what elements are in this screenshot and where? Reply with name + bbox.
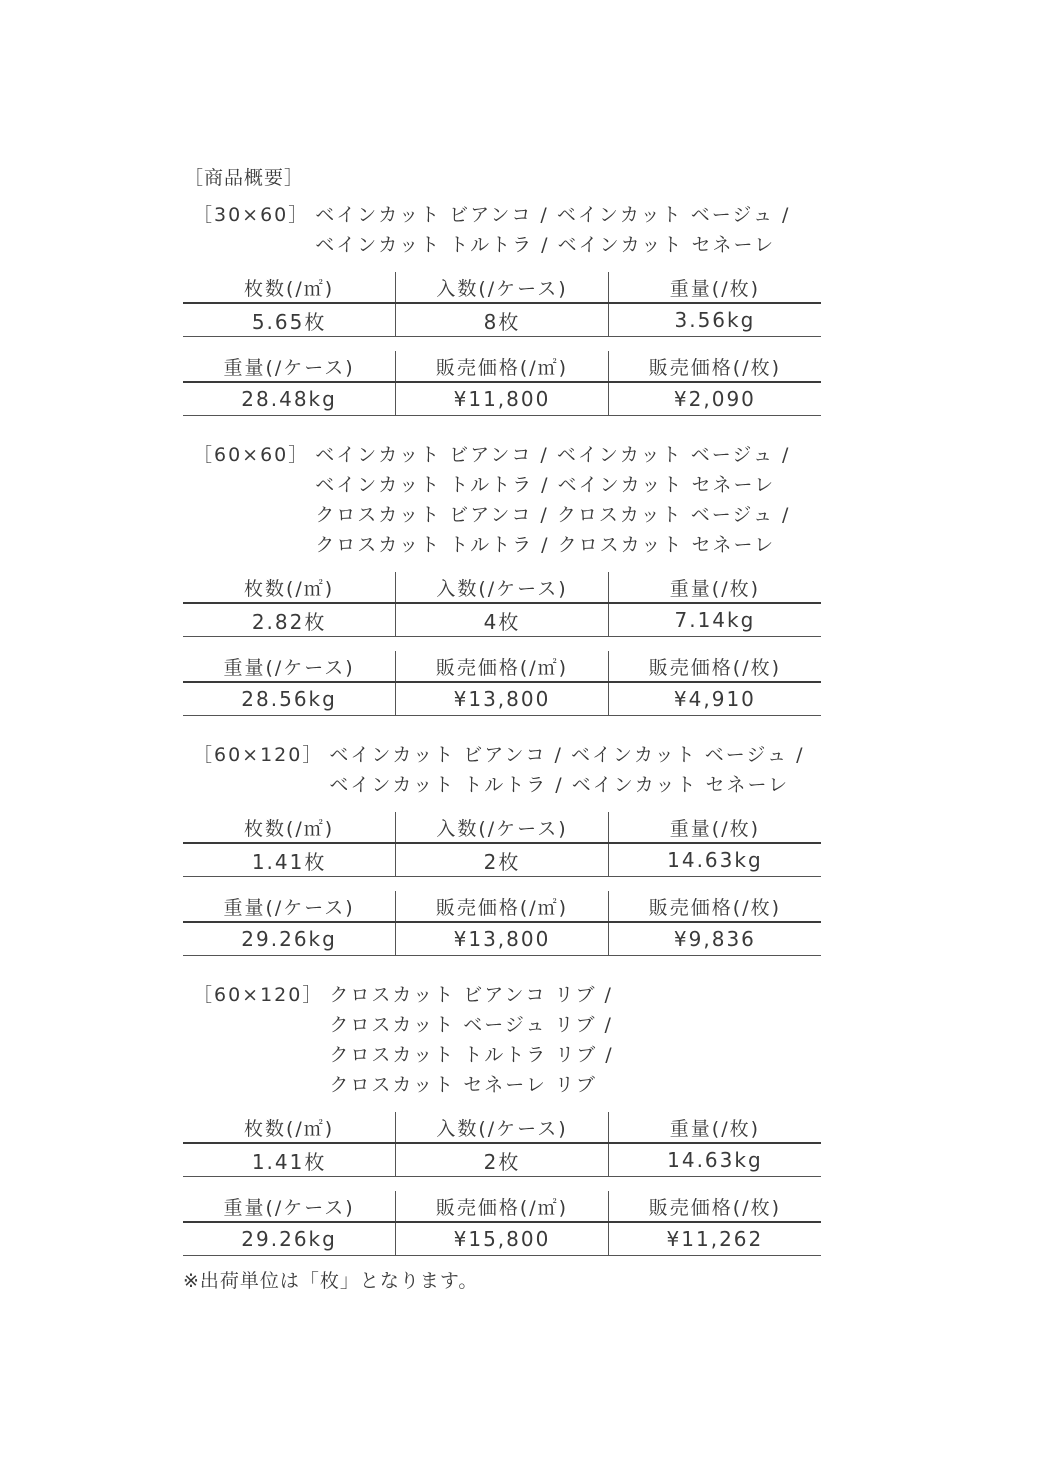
- product-line: クロスカット ビアンコ / クロスカット ベージュ /: [315, 500, 790, 530]
- value-cell: 14.63kg: [608, 843, 821, 877]
- spec-table-2: 重量(/ケース)販売価格(/㎡)販売価格(/枚) 28.56kg¥13,800¥…: [183, 651, 821, 716]
- value-cell: ¥4,910: [608, 682, 821, 716]
- section-heading: ［30×60］ ベインカット ビアンコ / ベインカット ベージュ / ベインカ…: [183, 200, 821, 260]
- value-cell: ¥9,836: [608, 922, 821, 956]
- header-cell: 重量(/枚): [608, 572, 821, 603]
- product-line: クロスカット セネーレ リブ: [329, 1070, 613, 1100]
- size-label: ［60×120］: [183, 980, 323, 1100]
- value-cell: 2枚: [396, 1143, 609, 1177]
- spec-table-2: 重量(/ケース)販売価格(/㎡)販売価格(/枚) 29.26kg¥15,800¥…: [183, 1191, 821, 1256]
- header-cell: 販売価格(/㎡): [396, 891, 609, 922]
- value-cell: ¥2,090: [608, 382, 821, 416]
- spec-table-1: 枚数(/㎡)入数(/ケース)重量(/枚) 5.65枚8枚3.56kg: [183, 272, 821, 337]
- section-heading: ［60×120］ ベインカット ビアンコ / ベインカット ベージュ / ベイン…: [183, 740, 821, 800]
- value-cell: 1.41枚: [183, 1143, 396, 1177]
- section-heading: ［60×120］ クロスカット ビアンコ リブ / クロスカット ベージュ リブ…: [183, 980, 821, 1100]
- header-cell: 入数(/ケース): [396, 812, 609, 843]
- value-cell: 29.26kg: [183, 922, 396, 956]
- value-cell: 28.56kg: [183, 682, 396, 716]
- header-cell: 販売価格(/㎡): [396, 351, 609, 382]
- size-label: ［30×60］: [183, 200, 309, 260]
- shipping-unit-note: ※出荷単位は「枚」となります。: [183, 1266, 478, 1293]
- header-cell: 販売価格(/㎡): [396, 651, 609, 682]
- product-names: ベインカット ビアンコ / ベインカット ベージュ / ベインカット トルトラ …: [309, 440, 790, 560]
- product-line: ベインカット ビアンコ / ベインカット ベージュ /: [315, 200, 790, 230]
- header-cell: 枚数(/㎡): [183, 1112, 396, 1143]
- product-section-60x120-vein: ［60×120］ ベインカット ビアンコ / ベインカット ベージュ / ベイン…: [183, 740, 821, 956]
- value-cell: 7.14kg: [608, 603, 821, 637]
- value-cell: 28.48kg: [183, 382, 396, 416]
- page-title: ［商品概要］: [184, 163, 304, 190]
- value-cell: ¥13,800: [396, 682, 609, 716]
- spec-table-1: 枚数(/㎡)入数(/ケース)重量(/枚) 2.82枚4枚7.14kg: [183, 572, 821, 637]
- header-cell: 入数(/ケース): [396, 272, 609, 303]
- header-cell: 重量(/ケース): [183, 651, 396, 682]
- header-cell: 販売価格(/枚): [608, 351, 821, 382]
- header-cell: 枚数(/㎡): [183, 272, 396, 303]
- spec-table-1: 枚数(/㎡)入数(/ケース)重量(/枚) 1.41枚2枚14.63kg: [183, 812, 821, 877]
- header-cell: 重量(/枚): [608, 272, 821, 303]
- header-cell: 枚数(/㎡): [183, 812, 396, 843]
- product-names: ベインカット ビアンコ / ベインカット ベージュ / ベインカット トルトラ …: [309, 200, 790, 260]
- header-cell: 重量(/ケース): [183, 351, 396, 382]
- product-line: クロスカット ビアンコ リブ /: [329, 980, 613, 1010]
- header-cell: 重量(/枚): [608, 1112, 821, 1143]
- spec-table-2: 重量(/ケース)販売価格(/㎡)販売価格(/枚) 28.48kg¥11,800¥…: [183, 351, 821, 416]
- header-cell: 入数(/ケース): [396, 1112, 609, 1143]
- header-cell: 重量(/ケース): [183, 891, 396, 922]
- product-line: ベインカット ビアンコ / ベインカット ベージュ /: [329, 740, 804, 770]
- value-cell: 1.41枚: [183, 843, 396, 877]
- header-cell: 重量(/枚): [608, 812, 821, 843]
- value-cell: 4枚: [396, 603, 609, 637]
- product-line: クロスカット トルトラ / クロスカット セネーレ: [315, 530, 790, 560]
- product-line: ベインカット トルトラ / ベインカット セネーレ: [315, 470, 790, 500]
- value-cell: ¥13,800: [396, 922, 609, 956]
- product-line: クロスカット トルトラ リブ /: [329, 1040, 613, 1070]
- header-cell: 入数(/ケース): [396, 572, 609, 603]
- value-cell: 8枚: [396, 303, 609, 337]
- product-line: ベインカット トルトラ / ベインカット セネーレ: [329, 770, 804, 800]
- product-line: クロスカット ベージュ リブ /: [329, 1010, 613, 1040]
- spec-table-2: 重量(/ケース)販売価格(/㎡)販売価格(/枚) 29.26kg¥13,800¥…: [183, 891, 821, 956]
- product-names: ベインカット ビアンコ / ベインカット ベージュ / ベインカット トルトラ …: [323, 740, 804, 800]
- header-cell: 販売価格(/枚): [608, 651, 821, 682]
- value-cell: 5.65枚: [183, 303, 396, 337]
- spec-table-1: 枚数(/㎡)入数(/ケース)重量(/枚) 1.41枚2枚14.63kg: [183, 1112, 821, 1177]
- product-section-60x120-cross-rib: ［60×120］ クロスカット ビアンコ リブ / クロスカット ベージュ リブ…: [183, 980, 821, 1256]
- header-cell: 販売価格(/枚): [608, 1191, 821, 1222]
- value-cell: 2.82枚: [183, 603, 396, 637]
- section-heading: ［60×60］ ベインカット ビアンコ / ベインカット ベージュ / ベインカ…: [183, 440, 821, 560]
- product-section-30x60: ［30×60］ ベインカット ビアンコ / ベインカット ベージュ / ベインカ…: [183, 200, 821, 416]
- size-label: ［60×60］: [183, 440, 309, 560]
- size-label: ［60×120］: [183, 740, 323, 800]
- value-cell: 2枚: [396, 843, 609, 877]
- product-line: ベインカット トルトラ / ベインカット セネーレ: [315, 230, 790, 260]
- product-section-60x60: ［60×60］ ベインカット ビアンコ / ベインカット ベージュ / ベインカ…: [183, 440, 821, 716]
- value-cell: ¥11,800: [396, 382, 609, 416]
- header-cell: 販売価格(/枚): [608, 891, 821, 922]
- value-cell: 14.63kg: [608, 1143, 821, 1177]
- product-line: ベインカット ビアンコ / ベインカット ベージュ /: [315, 440, 790, 470]
- value-cell: ¥15,800: [396, 1222, 609, 1256]
- header-cell: 販売価格(/㎡): [396, 1191, 609, 1222]
- value-cell: 3.56kg: [608, 303, 821, 337]
- value-cell: 29.26kg: [183, 1222, 396, 1256]
- product-names: クロスカット ビアンコ リブ / クロスカット ベージュ リブ / クロスカット…: [323, 980, 613, 1100]
- value-cell: ¥11,262: [608, 1222, 821, 1256]
- header-cell: 枚数(/㎡): [183, 572, 396, 603]
- header-cell: 重量(/ケース): [183, 1191, 396, 1222]
